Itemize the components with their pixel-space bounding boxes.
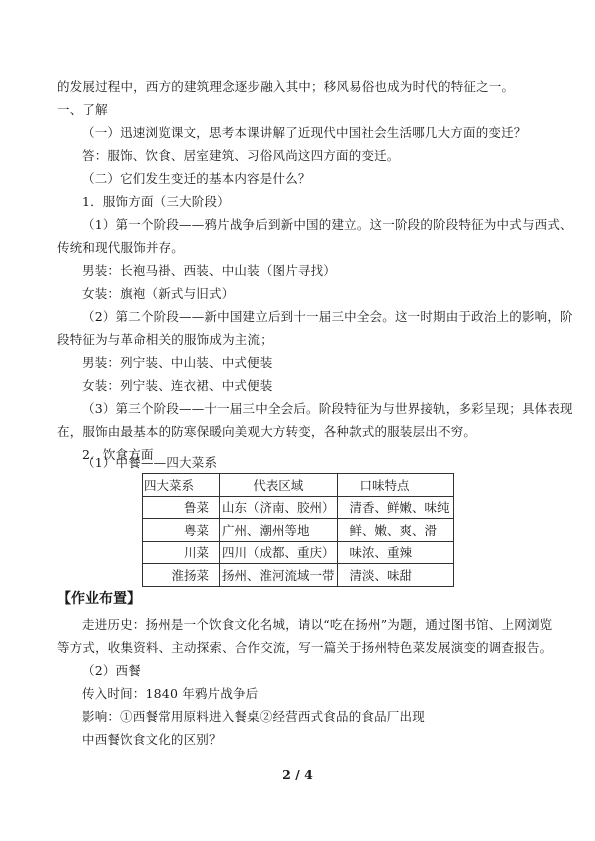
paragraph-line: 男装：长袍马褂、西装、中山装（图片寻找）	[82, 263, 336, 279]
table-cell: 粤菜	[143, 519, 220, 542]
paragraph-line: 传统和现代服饰并存。	[57, 240, 184, 256]
paragraph-line: （2）第二个阶段——新中国建立后到十一届三中全会。这一时期由于政治上的影响，阶	[82, 309, 573, 325]
table-cell: 广州、潮州等地	[220, 519, 338, 542]
table-row: 川菜 四川（成都、重庆） 味浓、重辣	[143, 541, 454, 564]
document-page: 的发展过程中，西方的建筑理念逐步融入其中；移风易俗也成为时代的特征之一。 一、了…	[0, 0, 595, 841]
question-line: （二）它们发生变迁的基本内容是什么？	[82, 171, 311, 187]
table-cell: 川菜	[143, 541, 220, 564]
table-cell: 鲁菜	[143, 496, 220, 519]
table-row: 淮扬菜 扬州、淮河流域一带 清淡、味甜	[143, 564, 454, 587]
table-row: 粤菜 广州、潮州等地 鲜、嫩、爽、滑	[143, 519, 454, 542]
homework-heading: 【作业布置】	[57, 590, 141, 608]
paragraph-line: 女装：列宁装、连衣裙、中式便装	[82, 378, 273, 394]
subsection-heading: （1）中餐——四大菜系	[82, 455, 217, 471]
table-cell: 鲜、嫩、爽、滑	[337, 519, 453, 542]
paragraph-line: 在，服饰由最基本的防寒保暖向美观大方转变，各种款式的服装层出不穷。	[57, 424, 476, 440]
section-heading: 一、了解	[57, 102, 108, 118]
table-header-cell: 代表区域	[220, 474, 338, 497]
table-cell: 淮扬菜	[143, 564, 220, 587]
paragraph-line: 的发展过程中，西方的建筑理念逐步融入其中；移风易俗也成为时代的特征之一。	[57, 79, 514, 95]
homework-line: 等方式，收集资料、主动探索、合作交流，写一篇关于扬州特色菜发展演变的调查报告。	[57, 640, 552, 656]
cuisine-table: 四大菜系 代表区域 口味特点 鲁菜 山东（济南、胶州） 清香、鲜嫩、味纯 粤菜 …	[142, 473, 454, 587]
homework-line: 走进历史：扬州是一个饮食文化名城，请以“吃在扬州”为题，通过图书馆、上网浏览	[82, 617, 552, 633]
paragraph-line: 段特征为与革命相关的服饰成为主流；	[57, 332, 273, 348]
table-cell: 扬州、淮河流域一带	[220, 564, 338, 587]
table-cell: 四川（成都、重庆）	[220, 541, 338, 564]
subsection-heading: 1．服饰方面（三大阶段）	[82, 194, 230, 210]
page-number: 2 / 4	[0, 767, 595, 782]
table-header-cell: 四大菜系	[143, 474, 220, 497]
paragraph-line: 传入时间：1840 年鸦片战争后	[82, 686, 259, 702]
subsection-heading: （2）西餐	[82, 663, 141, 679]
table-row: 鲁菜 山东（济南、胶州） 清香、鲜嫩、味纯	[143, 496, 454, 519]
paragraph-line: （1）第一个阶段——鸦片战争后到新中国的建立。这一阶段的阶段特征为中式与西式、	[82, 217, 573, 233]
table-cell: 清香、鲜嫩、味纯	[337, 496, 453, 519]
paragraph-line: （3）第三个阶段——十一届三中全会后。阶段特征为与世界接轨，多彩呈现；具体表现	[82, 401, 573, 417]
table-cell: 山东（济南、胶州）	[220, 496, 338, 519]
paragraph-line: 男装：列宁装、中山装、中式便装	[82, 355, 273, 371]
table-cell: 味浓、重辣	[337, 541, 453, 564]
table-header-cell: 口味特点	[337, 474, 453, 497]
table-header-row: 四大菜系 代表区域 口味特点	[143, 474, 454, 497]
answer-line: 答：服饰、饮食、居室建筑、习俗风尚这四方面的变迁。	[82, 148, 400, 164]
paragraph-line: 影响：①西餐常用原料进入餐桌②经营西式食品的食品厂出现	[82, 709, 425, 725]
question-line: 中西餐饮食文化的区别？	[82, 732, 222, 748]
table-cell: 清淡、味甜	[337, 564, 453, 587]
paragraph-line: 女装：旗袍（新式与旧式）	[82, 286, 234, 302]
question-line: （一）迅速浏览课文，思考本课讲解了近现代中国社会生活哪几大方面的变迁？	[82, 125, 527, 141]
